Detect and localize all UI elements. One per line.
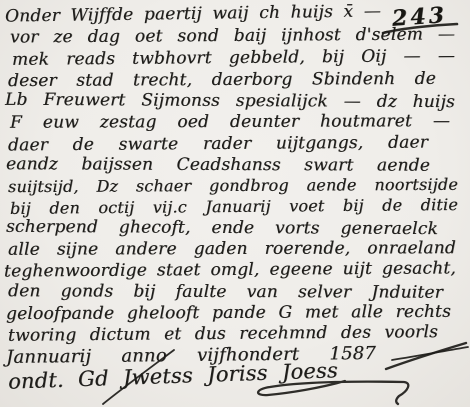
manuscript-line: mek reads twbhovrt gebbeld, bij Oij — — (12, 48, 455, 69)
manuscript-line: vor ze dag oet sond baij ijnhost d'selem… (10, 26, 455, 46)
manuscript-line: geloofpande ghelooft pande G met alle re… (6, 304, 451, 323)
manuscript-line: Lb Freuwert Sijmonss spesialijck — dz hu… (5, 92, 455, 111)
signature-underline-flourish (258, 381, 408, 404)
manuscript-line: tworing dictum et dus recehmnd des voorl… (8, 324, 438, 345)
manuscript-line: alle sijne andere gaden roerende, onrael… (8, 240, 456, 259)
manuscript-line: suijtsijd, Dz schaer gondbrog aende noor… (8, 177, 458, 195)
manuscript-page: 243 Onder Wijffde paertij waij ch huijs … (0, 0, 470, 407)
manuscript-line: eandz baijssen Ceadshanss swart aende (6, 156, 430, 174)
manuscript-line: scherpend ghecoft, ende vorts generaelck (6, 219, 438, 238)
date-flourish-stroke (386, 343, 466, 369)
manuscript-line: Onder Wijffde paertij waij ch huijs x̄ — (5, 3, 381, 25)
manuscript-line: den gonds bij faulte van selver Jnduiter (8, 283, 443, 302)
manuscript-line: daer de swarte rader uijtgangs, daer (8, 135, 428, 155)
manuscript-line: teghenwoordige staet omgl, egeene uijt g… (4, 260, 456, 280)
date-flourish-stroke-2 (392, 347, 468, 360)
manuscript-line: bij den octij vij.c Januarij voet bij de… (10, 197, 458, 217)
manuscript-line: deser stad trecht, daerborg Sbindenh de (8, 71, 436, 90)
manuscript-line: F euw zestag oed deunter houtmaret — (10, 113, 450, 132)
